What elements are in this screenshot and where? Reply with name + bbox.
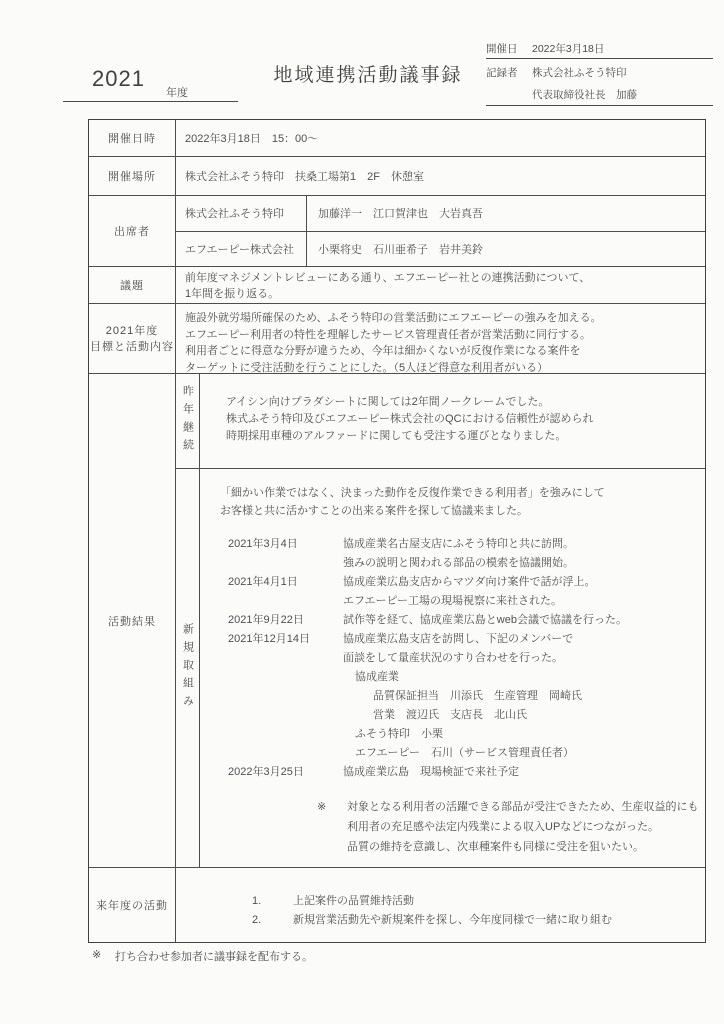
continued-line: 株式ふそう特印及びエフエーピー株式会社のQCにおける信頼性が認められ	[226, 411, 705, 428]
timeline-text: ふそう特印 小栗	[343, 725, 705, 744]
continued-sublabel: 昨年継続	[180, 385, 196, 457]
timeline-date	[228, 592, 343, 611]
continued-sublabel-cell: 昨年継続	[176, 374, 200, 468]
new-efforts-body: 「細かい作業ではなく、決まった動作を反復作業できる利用者」を強みにして お客様と…	[200, 469, 705, 867]
attendee-company: 株式会社ふそう特印	[176, 196, 307, 231]
timeline-text: 品質保証担当 川添氏 生産管理 岡崎氏	[343, 687, 705, 706]
info-row-recorder-person: 代表取締役社長 加藤	[486, 83, 713, 106]
new-sublabel: 新規取組み	[180, 623, 196, 713]
goals-label-line1: 2021年度	[106, 323, 158, 339]
goals-label-line2: 目標と活動内容	[90, 339, 174, 355]
timeline-text: 試作等を経て、協成産業広島とweb会議で協議を行った。	[343, 611, 705, 630]
intro-line: お客様と共に活かすことの出来る案件を探して協議来ました。	[220, 503, 705, 521]
fiscal-year: 2021	[92, 66, 145, 92]
fiscal-year-suffix: 年度	[166, 84, 188, 100]
row-goals: 2021年度 目標と活動内容 施設外就労場所確保のため、ふそう特印の営業活動にエ…	[89, 304, 705, 374]
timeline-text: 協成産業広島支店からマツダ向け案件で話が浮上。	[343, 573, 705, 592]
continued-line: 時期採用車種のアルファードに関しても受注する運びとなりました。	[226, 428, 705, 445]
timeline-date	[228, 554, 343, 573]
next-year-label: 来年度の活動	[89, 868, 176, 942]
timeline-date	[228, 706, 343, 725]
attendees-label: 出席者	[89, 196, 176, 266]
datetime-value: 2022年3月18日 15：00～	[176, 120, 705, 156]
meeting-info-box: 開催日 2022年3月18日 記録者 株式会社ふそう特印 代表取締役社長 加藤	[486, 38, 713, 106]
timeline-text: 営業 渡辺氏 支店長 北山氏	[343, 706, 705, 725]
note-lines: 対象となる利用者の活躍できる部品が受注できたため、生産収益的にも 利用者の充足感…	[347, 797, 699, 857]
timeline-row: 2021年3月4日協成産業名古屋支店にふそう特印と共に訪問。	[228, 535, 705, 554]
footer-note: ※ 打ち合わせ参加者に議事録を配布する。	[92, 948, 313, 964]
note-line: 利用者の充足感や法定内残業による収入UPなどにつながった。	[347, 817, 699, 837]
item-number: 2.	[252, 911, 293, 930]
note-marker: ※	[317, 797, 347, 857]
document-title: 地域連携活動議事録	[273, 60, 462, 87]
note-line: 品質の維持を意識し、次車種案件も同様に受注を狙いたい。	[347, 837, 699, 857]
intro-line: 「細かい作業ではなく、決まった動作を反復作業できる利用者」を強みにして	[220, 485, 705, 503]
timeline-text: 協成産業名古屋支店にふそう特印と共に訪問。	[343, 535, 705, 554]
next-year-items: 1. 上記案件の品質維持活動 2. 新規営業活動先や新規案件を探し、今年度同様で…	[176, 868, 705, 930]
timeline-row: 面談をして量産状況のすり合わせを行った。	[228, 649, 705, 668]
activity-timeline: 2021年3月4日協成産業名古屋支店にふそう特印と共に訪問。 強みの説明と関われ…	[200, 535, 705, 782]
place-label: 開催場所	[89, 157, 176, 195]
goals-line: エフエーピー利用者の特性を理解したサービス管理責任者が営業活動に同行する。	[185, 327, 705, 344]
new-efforts-intro: 「細かい作業ではなく、決まった動作を反復作業できる利用者」を強みにして お客様と…	[200, 485, 705, 520]
timeline-row: 2022年3月25日協成産業広島 現場検証で来社予定	[228, 763, 705, 782]
timeline-date: 2021年4月1日	[228, 573, 343, 592]
timeline-date: 2021年3月4日	[228, 535, 343, 554]
agenda-label: 議題	[89, 267, 176, 303]
timeline-row: 2021年4月1日協成産業広島支店からマツダ向け案件で話が浮上。	[228, 573, 705, 592]
timeline-date	[228, 687, 343, 706]
timeline-row: 強みの説明と関われる部品の模索を協議開始。	[228, 554, 705, 573]
results-note: ※ 対象となる利用者の活躍できる部品が受注できたため、生産収益的にも 利用者の充…	[200, 797, 705, 857]
goals-text: 施設外就労場所確保のため、ふそう特印の営業活動にエフエーピーの強みを加える。 エ…	[176, 304, 705, 373]
timeline-row: エフエーピー工場の現場視察に来社された。	[228, 592, 705, 611]
timeline-date	[228, 668, 343, 687]
timeline-text: エフエーピー 石川（サービス管理責任者）	[343, 744, 705, 763]
new-sublabel-cell: 新規取組み	[176, 469, 200, 867]
agenda-line: 1年間を振り返る。	[185, 287, 705, 303]
row-datetime: 開催日時 2022年3月18日 15：00～	[89, 120, 705, 157]
datetime-label: 開催日時	[89, 120, 176, 156]
year-underline	[63, 101, 238, 102]
continued-text: アイシン向けプラダシートに関しては2年間ノークレームでした。 株式ふそう特印及び…	[200, 374, 705, 468]
row-place: 開催場所 株式会社ふそう特印 扶桑工場第1 2F 休憩室	[89, 157, 705, 196]
timeline-date: 2021年12月14日	[228, 630, 343, 649]
results-new-section: 新規取組み 「細かい作業ではなく、決まった動作を反復作業できる利用者」を強みにし…	[176, 469, 705, 867]
timeline-row: 品質保証担当 川添氏 生産管理 岡崎氏	[228, 687, 705, 706]
row-results: 活動結果 昨年継続 アイシン向けプラダシートに関しては2年間ノークレームでした。…	[89, 374, 705, 868]
results-label: 活動結果	[89, 374, 176, 867]
timeline-text: エフエーピー工場の現場視察に来社された。	[343, 592, 705, 611]
timeline-date	[228, 649, 343, 668]
attendees-groups: 株式会社ふそう特印 加藤洋一 江口賀津也 大岩真吾 エフエーピー株式会社 小栗将…	[176, 196, 705, 266]
held-date-label: 開催日	[486, 41, 532, 56]
timeline-row: 営業 渡辺氏 支店長 北山氏	[228, 706, 705, 725]
results-body: 昨年継続 アイシン向けプラダシートに関しては2年間ノークレームでした。 株式ふそ…	[176, 374, 705, 867]
timeline-text: 協成産業広島 現場検証で来社予定	[343, 763, 705, 782]
timeline-row: 2021年9月22日試作等を経て、協成産業広島とweb会議で協議を行った。	[228, 611, 705, 630]
recorder-person: 代表取締役社長 加藤	[486, 87, 637, 102]
agenda-line: 前年度マネジメントレビューにある通り、エフエーピー社との連携活動について、	[185, 271, 705, 287]
minutes-table: 開催日時 2022年3月18日 15：00～ 開催場所 株式会社ふそう特印 扶桑…	[88, 119, 706, 943]
item-number: 1.	[252, 892, 293, 911]
item-text: 上記案件の品質維持活動	[293, 892, 414, 911]
held-date-value: 2022年3月18日	[532, 41, 604, 56]
footer-note-text: 打ち合わせ参加者に議事録を配布する。	[115, 948, 313, 964]
goals-line: 利用者ごとに得意な分野が違うため、今年は細かくないが反復作業になる案件を	[185, 343, 705, 360]
timeline-date	[228, 744, 343, 763]
timeline-row: ふそう特印 小栗	[228, 725, 705, 744]
attendee-members: 小栗将史 石川亜希子 岩井美鈴	[307, 232, 705, 267]
note-line: 対象となる利用者の活躍できる部品が受注できたため、生産収益的にも	[347, 797, 699, 817]
row-agenda: 議題 前年度マネジメントレビューにある通り、エフエーピー社との連携活動について、…	[89, 267, 705, 304]
footer-note-marker: ※	[92, 948, 115, 964]
attendee-group-row: 株式会社ふそう特印 加藤洋一 江口賀津也 大岩真吾	[176, 196, 705, 232]
attendee-company: エフエーピー株式会社	[176, 232, 307, 267]
place-value: 株式会社ふそう特印 扶桑工場第1 2F 休憩室	[176, 157, 705, 195]
row-attendees: 出席者 株式会社ふそう特印 加藤洋一 江口賀津也 大岩真吾 エフエーピー株式会社…	[89, 196, 705, 267]
timeline-row: エフエーピー 石川（サービス管理責任者）	[228, 744, 705, 763]
goals-line: 施設外就労場所確保のため、ふそう特印の営業活動にエフエーピーの強みを加える。	[185, 310, 705, 327]
scanned-meeting-minutes-page: 2021 年度 地域連携活動議事録 開催日 2022年3月18日 記録者 株式会…	[0, 0, 724, 1024]
results-continued-section: 昨年継続 アイシン向けプラダシートに関しては2年間ノークレームでした。 株式ふそ…	[176, 374, 705, 469]
timeline-date: 2022年3月25日	[228, 763, 343, 782]
timeline-text: 協成産業広島支店を訪問し、下記のメンバーで	[343, 630, 705, 649]
timeline-date: 2021年9月22日	[228, 611, 343, 630]
row-next-year: 来年度の活動 1. 上記案件の品質維持活動 2. 新規営業活動先や新規案件を探し…	[89, 868, 705, 942]
recorder-org: 株式会社ふそう特印	[532, 65, 627, 80]
timeline-row: 2021年12月14日協成産業広島支店を訪問し、下記のメンバーで	[228, 630, 705, 649]
next-year-item: 2. 新規営業活動先や新規案件を探し、今年度同様で一緒に取り組む	[252, 911, 705, 930]
info-row-date: 開催日 2022年3月18日	[486, 38, 713, 59]
recorder-label: 記録者	[486, 65, 532, 80]
timeline-row: 協成産業	[228, 668, 705, 687]
timeline-text: 面談をして量産状況のすり合わせを行った。	[343, 649, 705, 668]
continued-line: アイシン向けプラダシートに関しては2年間ノークレームでした。	[226, 394, 705, 411]
attendee-group-row: エフエーピー株式会社 小栗将史 石川亜希子 岩井美鈴	[176, 232, 705, 267]
timeline-text: 強みの説明と関われる部品の模索を協議開始。	[343, 554, 705, 573]
goals-label: 2021年度 目標と活動内容	[89, 304, 176, 373]
timeline-date	[228, 725, 343, 744]
item-text: 新規営業活動先や新規案件を探し、今年度同様で一緒に取り組む	[293, 911, 612, 930]
next-year-item: 1. 上記案件の品質維持活動	[252, 892, 705, 911]
timeline-text: 協成産業	[343, 668, 705, 687]
attendee-members: 加藤洋一 江口賀津也 大岩真吾	[307, 196, 705, 231]
info-row-recorder: 記録者 株式会社ふそう特印	[486, 59, 713, 83]
agenda-text: 前年度マネジメントレビューにある通り、エフエーピー社との連携活動について、 1年…	[176, 267, 705, 303]
